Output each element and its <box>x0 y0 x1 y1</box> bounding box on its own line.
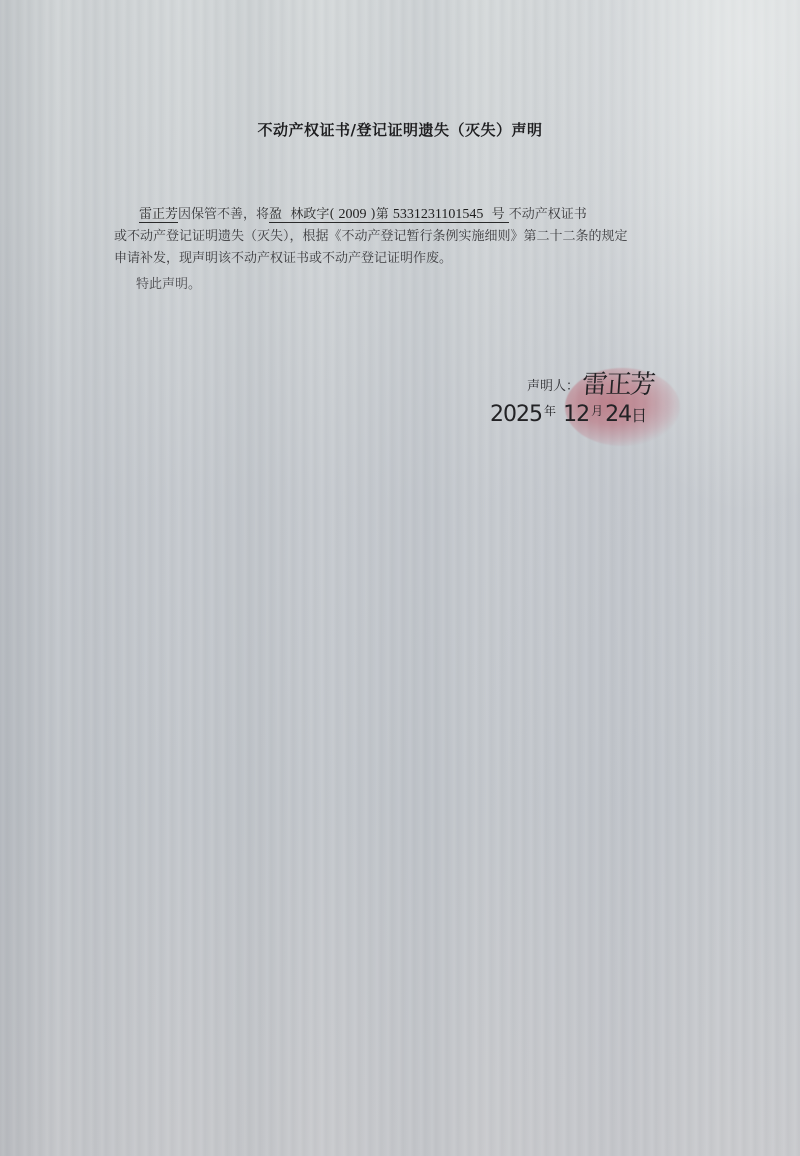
certificate-office: 林政字( <box>290 207 334 222</box>
certificate-number-field: 盈 林政字( 2009 )第 5331231101545 号 <box>269 207 509 223</box>
date-year-char: 年 <box>544 404 556 418</box>
declarant-name-field: 雷正芳 <box>139 207 178 223</box>
date-day: 24 <box>605 402 631 427</box>
date-year: 2025 <box>490 402 542 427</box>
certificate-year: 2009 <box>339 207 367 222</box>
date-day-char: 日 <box>631 406 646 425</box>
certificate-prefix: 盈 <box>269 207 282 222</box>
handwritten-date: 2025年 12月24日 <box>490 402 646 427</box>
body-line-1: 雷正芳因保管不善，将盈 林政字( 2009 )第 5331231101545 号… <box>114 204 724 226</box>
body-line-2: 或不动产登记证明遗失（灭失），根据《不动产登记暂行条例实施细则》第二十二条的规定 <box>114 226 724 248</box>
document-title: 不动产权证书/登记证明遗失（灭失）声明 <box>0 119 800 140</box>
certificate-number: 5331231101545 <box>393 207 483 222</box>
date-month-char: 月 <box>591 404 603 418</box>
certificate-suffix: 号 <box>492 207 505 222</box>
declarant-label: 声明人： <box>527 375 579 394</box>
body-line-3: 申请补发，现声明该不动产权证书或不动产登记证明作废。 <box>114 248 724 270</box>
declaration-body: 雷正芳因保管不善，将盈 林政字( 2009 )第 5331231101545 号… <box>114 204 724 270</box>
handwritten-signature: 雷正芳 <box>581 364 656 401</box>
certificate-mid: )第 <box>371 207 389 222</box>
paper-texture <box>0 0 800 1156</box>
body-line-1-tail: 不动产权证书 <box>509 207 587 222</box>
date-month: 12 <box>563 402 589 427</box>
body-text-segment: 因保管不善，将 <box>178 207 269 222</box>
closing-statement: 特此声明。 <box>136 273 201 292</box>
